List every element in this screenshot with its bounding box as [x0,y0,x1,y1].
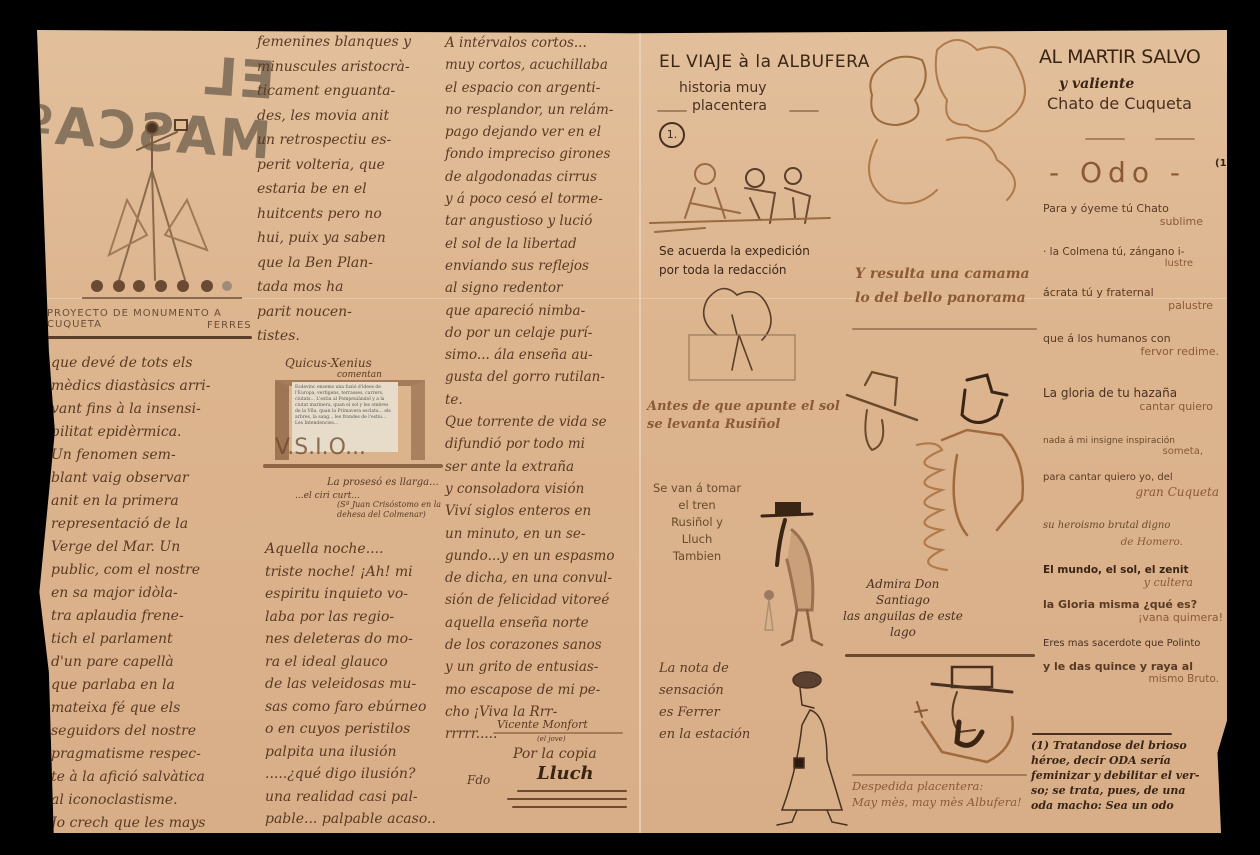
caption-ferrer: La nota de sensación es Ferrer en la est… [659,658,750,746]
column1-body: que devé de tots els mèdics diastàsics a… [51,352,261,835]
caption-santiago: Admira Don Santiago las anguilas de este… [843,576,963,640]
ferrer-standing-sketch [772,670,852,830]
verse: y le das quince y raya al mismo Bruto. [1043,660,1223,700]
quote-line-1: La prosesó es llarga... [327,476,439,489]
verse: ácrata tú y fraternal palustre [1043,286,1223,332]
panorama-rule [852,328,1037,330]
clipping-heading: Quicus-Xenius [285,356,372,370]
rusinol-sleeping-sketch [677,280,807,390]
verse: su heroismo brutal digno de Homero. [1043,518,1223,564]
clipping-signature: V.S.I.O... [275,435,366,461]
manuscript-sheet: EL MASCAº PROYECTO DE MONUMENTO A CUQUET… [37,30,1227,833]
travel-subtitle-1: historia muy [679,80,767,96]
ode-title: - Odo - [1049,156,1186,189]
travel-subtitle-2: placentera [692,98,767,114]
verse: que á los humanos con fervor redime. [1043,332,1223,386]
signature-rule-1 [517,790,627,792]
caption-panorama: Y resulta una camama lo del bello panora… [855,262,1030,310]
rusinol-walking-sketch [757,500,837,650]
portrait-sketches [837,370,1047,590]
caption-train: Se van á tomar el tren Rusiñol y Lluch T… [653,480,741,565]
divider-rule [47,336,252,339]
subtitle-rule-right [789,110,819,112]
ode-footnote-mark: (1) [1215,158,1231,169]
column2-body-bottom: Aquella noche.... triste noche! ¡Ah! mi … [265,538,465,853]
signature-prefix: Fdo [467,768,490,792]
verse: El mundo, el sol, el zenit y cultera [1043,564,1223,598]
santiago-rule [845,654,1035,657]
verse: · la Colmena tú, zángano i- lustre [1043,246,1223,286]
ode-dedication-title: AL MARTIR SALVO [1039,46,1200,68]
column3-body: A intérvalos cortos... muy cortos, acuch… [445,32,645,746]
caption-farewell: Despedida placentera: May mès, may mès A… [852,778,1022,810]
subtitle-rule-left [657,110,687,112]
dedication-rule-right [1155,138,1195,140]
monument-signature: FERRES [207,320,252,331]
chapter-number-badge: 1. [659,122,685,148]
verse: para cantar quiero yo, del gran Cuqueta [1043,472,1223,518]
column2-body-top: femenines blanques y minuscules aristocr… [257,30,467,349]
editorial-table-sketch [645,158,835,238]
dedication-rule-left [1085,138,1125,140]
verse: la Gloria misma ¿qué es? ¡vana quimera! [1043,598,1223,638]
quote-attribution: (Sª Juan Crisóstomo en la dehesa del Col… [337,500,441,520]
signature-rule-2 [507,798,627,800]
clipping-rule [263,464,443,468]
smoker-portrait-sketch [897,662,1027,772]
ode-footnote: (1) Tratandose del brioso héroe, decir O… [1031,738,1221,813]
farewell-rule [852,774,1027,776]
footnote-rule [1032,733,1172,735]
caption-sunrise: Antes de que apunte el sol se levanta Ru… [647,398,840,434]
verse: La gloria de tu hazaña cantar quiero [1043,386,1223,436]
ode-dedication-line-3: Chato de Cuqueta [1047,94,1192,113]
signature-rule-3 [512,806,627,808]
caption-expedition: Se acuerda la expedición por toda la red… [659,242,810,280]
signature: Lluch [537,762,594,786]
ode-verses: Para y óyeme tú Chato sublime · la Colme… [1043,202,1223,700]
mirror-title-area: EL MASCAº [37,40,287,110]
verse: Eres mas sacerdote que Polinto [1043,638,1223,660]
verse: nada á mi insigne inspiración someta, [1043,436,1223,472]
clipping-subheading: comentan [337,370,382,380]
verse: Para y óyeme tú Chato sublime [1043,202,1223,246]
smoke-clouds-sketch [837,30,1047,240]
monument-sketch [57,110,257,310]
ode-dedication-line-2: y valiente [1059,72,1134,96]
author-name: Vicente Monfort [497,718,588,731]
